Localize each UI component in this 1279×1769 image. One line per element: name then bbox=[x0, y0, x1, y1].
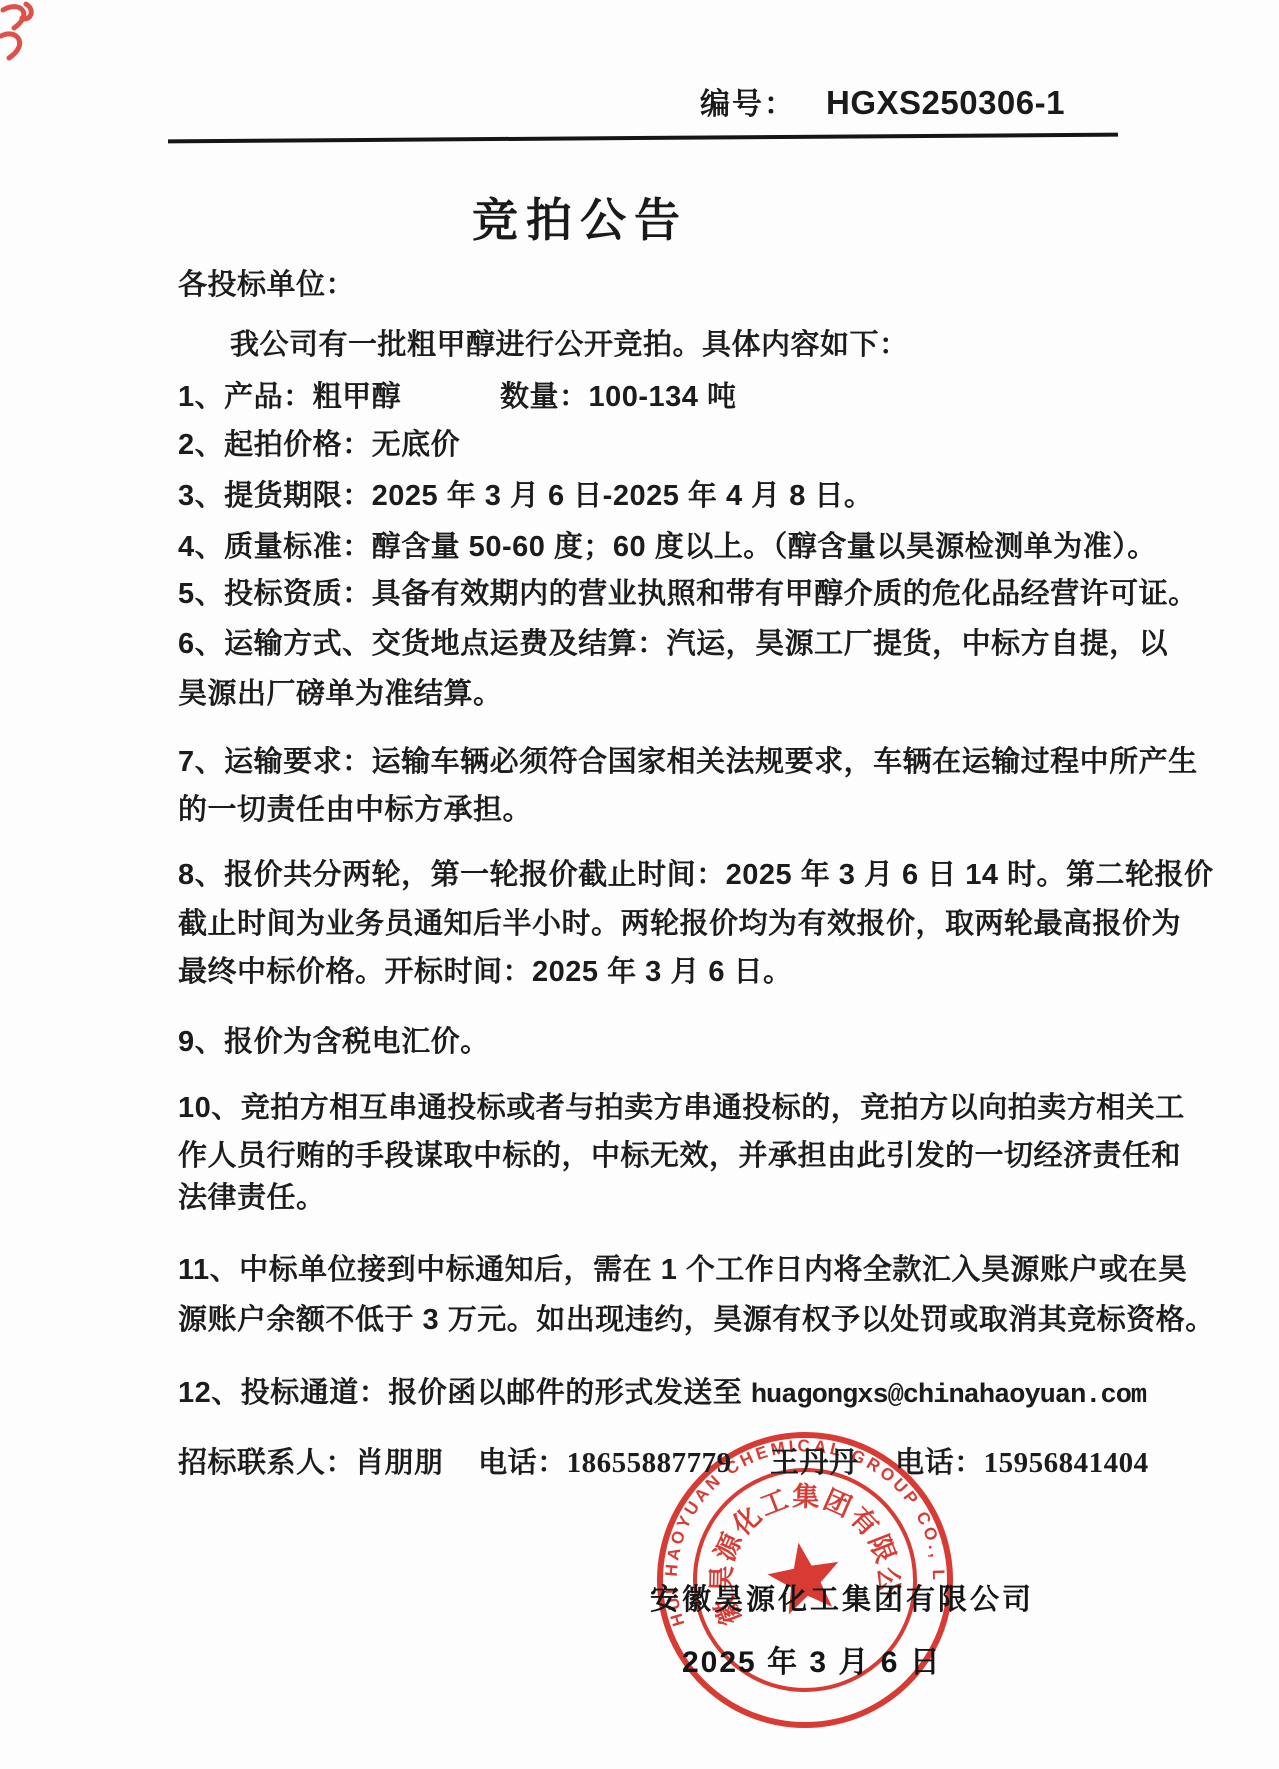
contact-2-phone-label: 电话： bbox=[895, 1447, 984, 1479]
item-11-line-2: 源账户余额不低于 3 万元。如出现违约，昊源有权予以处罚或取消其竞标资格。 bbox=[178, 1299, 1215, 1341]
item-8-line-2: 截止时间为业务员通知后半小时。两轮报价均为有效报价，取两轮最高报价为 bbox=[178, 903, 1181, 945]
item-2-line: 2、起拍价格：无底价 bbox=[178, 424, 460, 466]
item-1-product: 1、产品：粗甲醇 bbox=[178, 381, 401, 413]
item-12-line: 12、投标通道：报价函以邮件的形式发送至 huagongxs@chinahaoy… bbox=[178, 1372, 1146, 1417]
greeting-line: 各投标单位： bbox=[178, 264, 355, 306]
bid-email: huagongxs@chinahaoyuan.com bbox=[751, 1381, 1146, 1411]
doc-number-label: 编号： bbox=[700, 83, 796, 127]
scanned-document-page: 编号： HGXS250306-1 竞拍公告 各投标单位： 我公司有一批粗甲醇进行… bbox=[0, 0, 1279, 1769]
item-8-line-3: 最终中标价格。开标时间：2025 年 3 月 6 日。 bbox=[178, 951, 793, 993]
item-7-line-2: 的一切责任由中标方承担。 bbox=[178, 789, 532, 831]
item-5-line: 5、投标资质：具备有效期内的营业执照和带有甲醇介质的危化品经营许可证。 bbox=[178, 573, 1198, 615]
item-11-line-1: 11、中标单位接到中标通知后，需在 1 个工作日内将全款汇入昊源账户或在昊 bbox=[178, 1249, 1187, 1291]
item-4-line: 4、质量标准：醇含量 50-60 度；60 度以上。（醇含量以昊源检测单为准）。 bbox=[178, 526, 1157, 568]
corner-pen-marks-icon bbox=[0, 0, 70, 80]
contact-1-name: 招标联系人：肖朋朋 bbox=[178, 1447, 444, 1479]
item-9-line: 9、报价为含税电汇价。 bbox=[178, 1021, 490, 1063]
item-12-prefix: 12、投标通道：报价函以邮件的形式发送至 bbox=[178, 1377, 751, 1409]
intro-line: 我公司有一批粗甲醇进行公开竞拍。具体内容如下： bbox=[230, 324, 909, 366]
contact-2-name: 王丹丹 bbox=[770, 1447, 859, 1479]
item-8-line-1: 8、报价共分两轮，第一轮报价截止时间：2025 年 3 月 6 日 14 时。第… bbox=[178, 854, 1214, 896]
header-divider-rule bbox=[168, 133, 1118, 144]
item-6-line-1: 6、运输方式、交货地点运费及结算：汽运，昊源工厂提货，中标方自提，以 bbox=[178, 623, 1168, 665]
item-7-line-1: 7、运输要求：运输车辆必须符合国家相关法规要求，车辆在运输过程中所产生 bbox=[178, 741, 1198, 783]
contacts-line: 招标联系人：肖朋朋 电话：18655887779 王丹丹 电话：15956841… bbox=[178, 1442, 732, 1484]
item-6-line-2: 昊源出厂磅单为准结算。 bbox=[178, 673, 503, 715]
contact-1-phone-label: 电话： bbox=[478, 1447, 567, 1479]
item-10-line-2: 作人员行贿的手段谋取中标的，中标无效，并承担由此引发的一切经济责任和 bbox=[178, 1135, 1181, 1177]
contact-2-phone: 15956841404 bbox=[984, 1447, 1149, 1479]
contact-1-phone: 18655887779 bbox=[567, 1447, 732, 1479]
contact-2: 王丹丹 电话：15956841404 bbox=[770, 1442, 1149, 1484]
item-1-line: 1、产品：粗甲醇 数量：100-134 吨 bbox=[178, 376, 401, 418]
doc-number: 编号： HGXS250306-1 bbox=[700, 81, 1065, 127]
signature-date: 2025 年 3 月 6 日 bbox=[682, 1643, 942, 1683]
doc-number-value: HGXS250306-1 bbox=[826, 81, 1065, 125]
item-10-line-3: 法律责任。 bbox=[178, 1177, 326, 1219]
signature-company: 安徽昊源化工集团有限公司 bbox=[650, 1580, 1034, 1620]
item-3-line: 3、提货期限：2025 年 3 月 6 日-2025 年 4 月 8 日。 bbox=[178, 475, 873, 517]
item-1-quantity: 数量：100-134 吨 bbox=[500, 376, 737, 418]
page-title: 竞拍公告 bbox=[0, 190, 1160, 250]
item-10-line-1: 10、竞拍方相互串通投标或者与拍卖方串通投标的，竞拍方以向拍卖方相关工 bbox=[178, 1087, 1185, 1129]
